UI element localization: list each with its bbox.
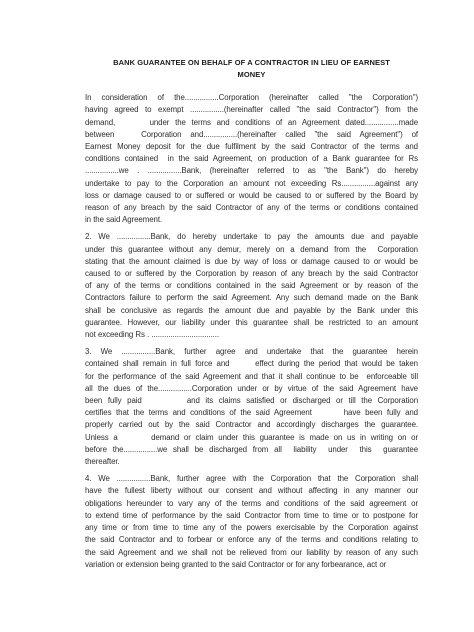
text-line: to extend time of performance by the sai… [85, 510, 418, 522]
text-line: before the................we shall be di… [85, 444, 418, 456]
document-body: BANK GUARANTEE ON BEHALF OF A CONTRACTOR… [85, 57, 418, 571]
text-line: 3. We ................Bank, further agre… [85, 346, 418, 358]
document-title: BANK GUARANTEE ON BEHALF OF A CONTRACTOR… [85, 57, 418, 80]
text-line: reason of any breach by the said Contrac… [85, 202, 418, 214]
text-line: under this guarantee without any demur, … [85, 244, 418, 256]
text-line: in the said Agreement. [85, 214, 418, 226]
paragraph-1: In consideration of the................C… [85, 92, 418, 226]
document-page: BANK GUARANTEE ON BEHALF OF A CONTRACTOR… [0, 0, 474, 632]
paragraph-4: 4. We ................Bank, further agre… [85, 473, 418, 571]
text-line: been fully paid and its claims satisfied… [85, 395, 418, 407]
text-line: obligations hereunder to vary any of the… [85, 498, 418, 510]
text-line: having agreed to exempt ................… [85, 104, 418, 116]
paragraph-2: 2. We ................Bank, do hereby un… [85, 231, 418, 341]
text-line: variation or extension being granted to … [85, 559, 418, 571]
text-line: Contractors failure to perform the said … [85, 292, 418, 304]
text-line: demand, under the terms and conditions o… [85, 117, 418, 129]
text-line: Earnest Money deposit for the due fulfil… [85, 141, 418, 153]
text-line: conditions contained in the said Agreeme… [85, 153, 418, 165]
text-line: certifies that the terms and conditions … [85, 407, 418, 419]
text-line: of any of the terms or conditions contai… [85, 280, 418, 292]
text-line: 2. We ................Bank, do hereby un… [85, 231, 418, 243]
text-line: between Corporation and................(… [85, 129, 418, 141]
text-line: the said Agreement and we shall not be r… [85, 547, 418, 559]
text-line: stating that the amount claimed is due b… [85, 256, 418, 268]
text-line: contained shall remain in full force and… [85, 358, 418, 370]
text-line: have the fullest liberty without our con… [85, 485, 418, 497]
text-line: all the dues of the................Corpo… [85, 383, 418, 395]
text-line: In consideration of the................C… [85, 92, 418, 104]
text-line: Unless a demand or claim under this guar… [85, 432, 418, 444]
text-line: shall be conclusive as regards the amoun… [85, 305, 418, 317]
text-line: loss or damage caused to or suffered or … [85, 190, 418, 202]
text-line: properly carried out by the said Contrac… [85, 419, 418, 431]
text-line: thereafter. [85, 456, 418, 468]
text-line: ................we . ................Ban… [85, 165, 418, 177]
text-line: caused to or suffered by the Corporation… [85, 268, 418, 280]
document-title-line: MONEY [85, 69, 418, 81]
text-line: not exceeding Rs . .....................… [85, 329, 418, 341]
text-line: guarantee. However, our liability under … [85, 317, 418, 329]
text-line: undertake to pay to the Corporation an a… [85, 178, 418, 190]
text-line: 4. We ................Bank, further agre… [85, 473, 418, 485]
text-line: for the performance of the said Agreemen… [85, 371, 418, 383]
document-title-line: BANK GUARANTEE ON BEHALF OF A CONTRACTOR… [85, 57, 418, 69]
text-line: the said Contractor and to forbear or en… [85, 534, 418, 546]
paragraph-3: 3. We ................Bank, further agre… [85, 346, 418, 468]
text-line: any time or from time to time any of the… [85, 522, 418, 534]
